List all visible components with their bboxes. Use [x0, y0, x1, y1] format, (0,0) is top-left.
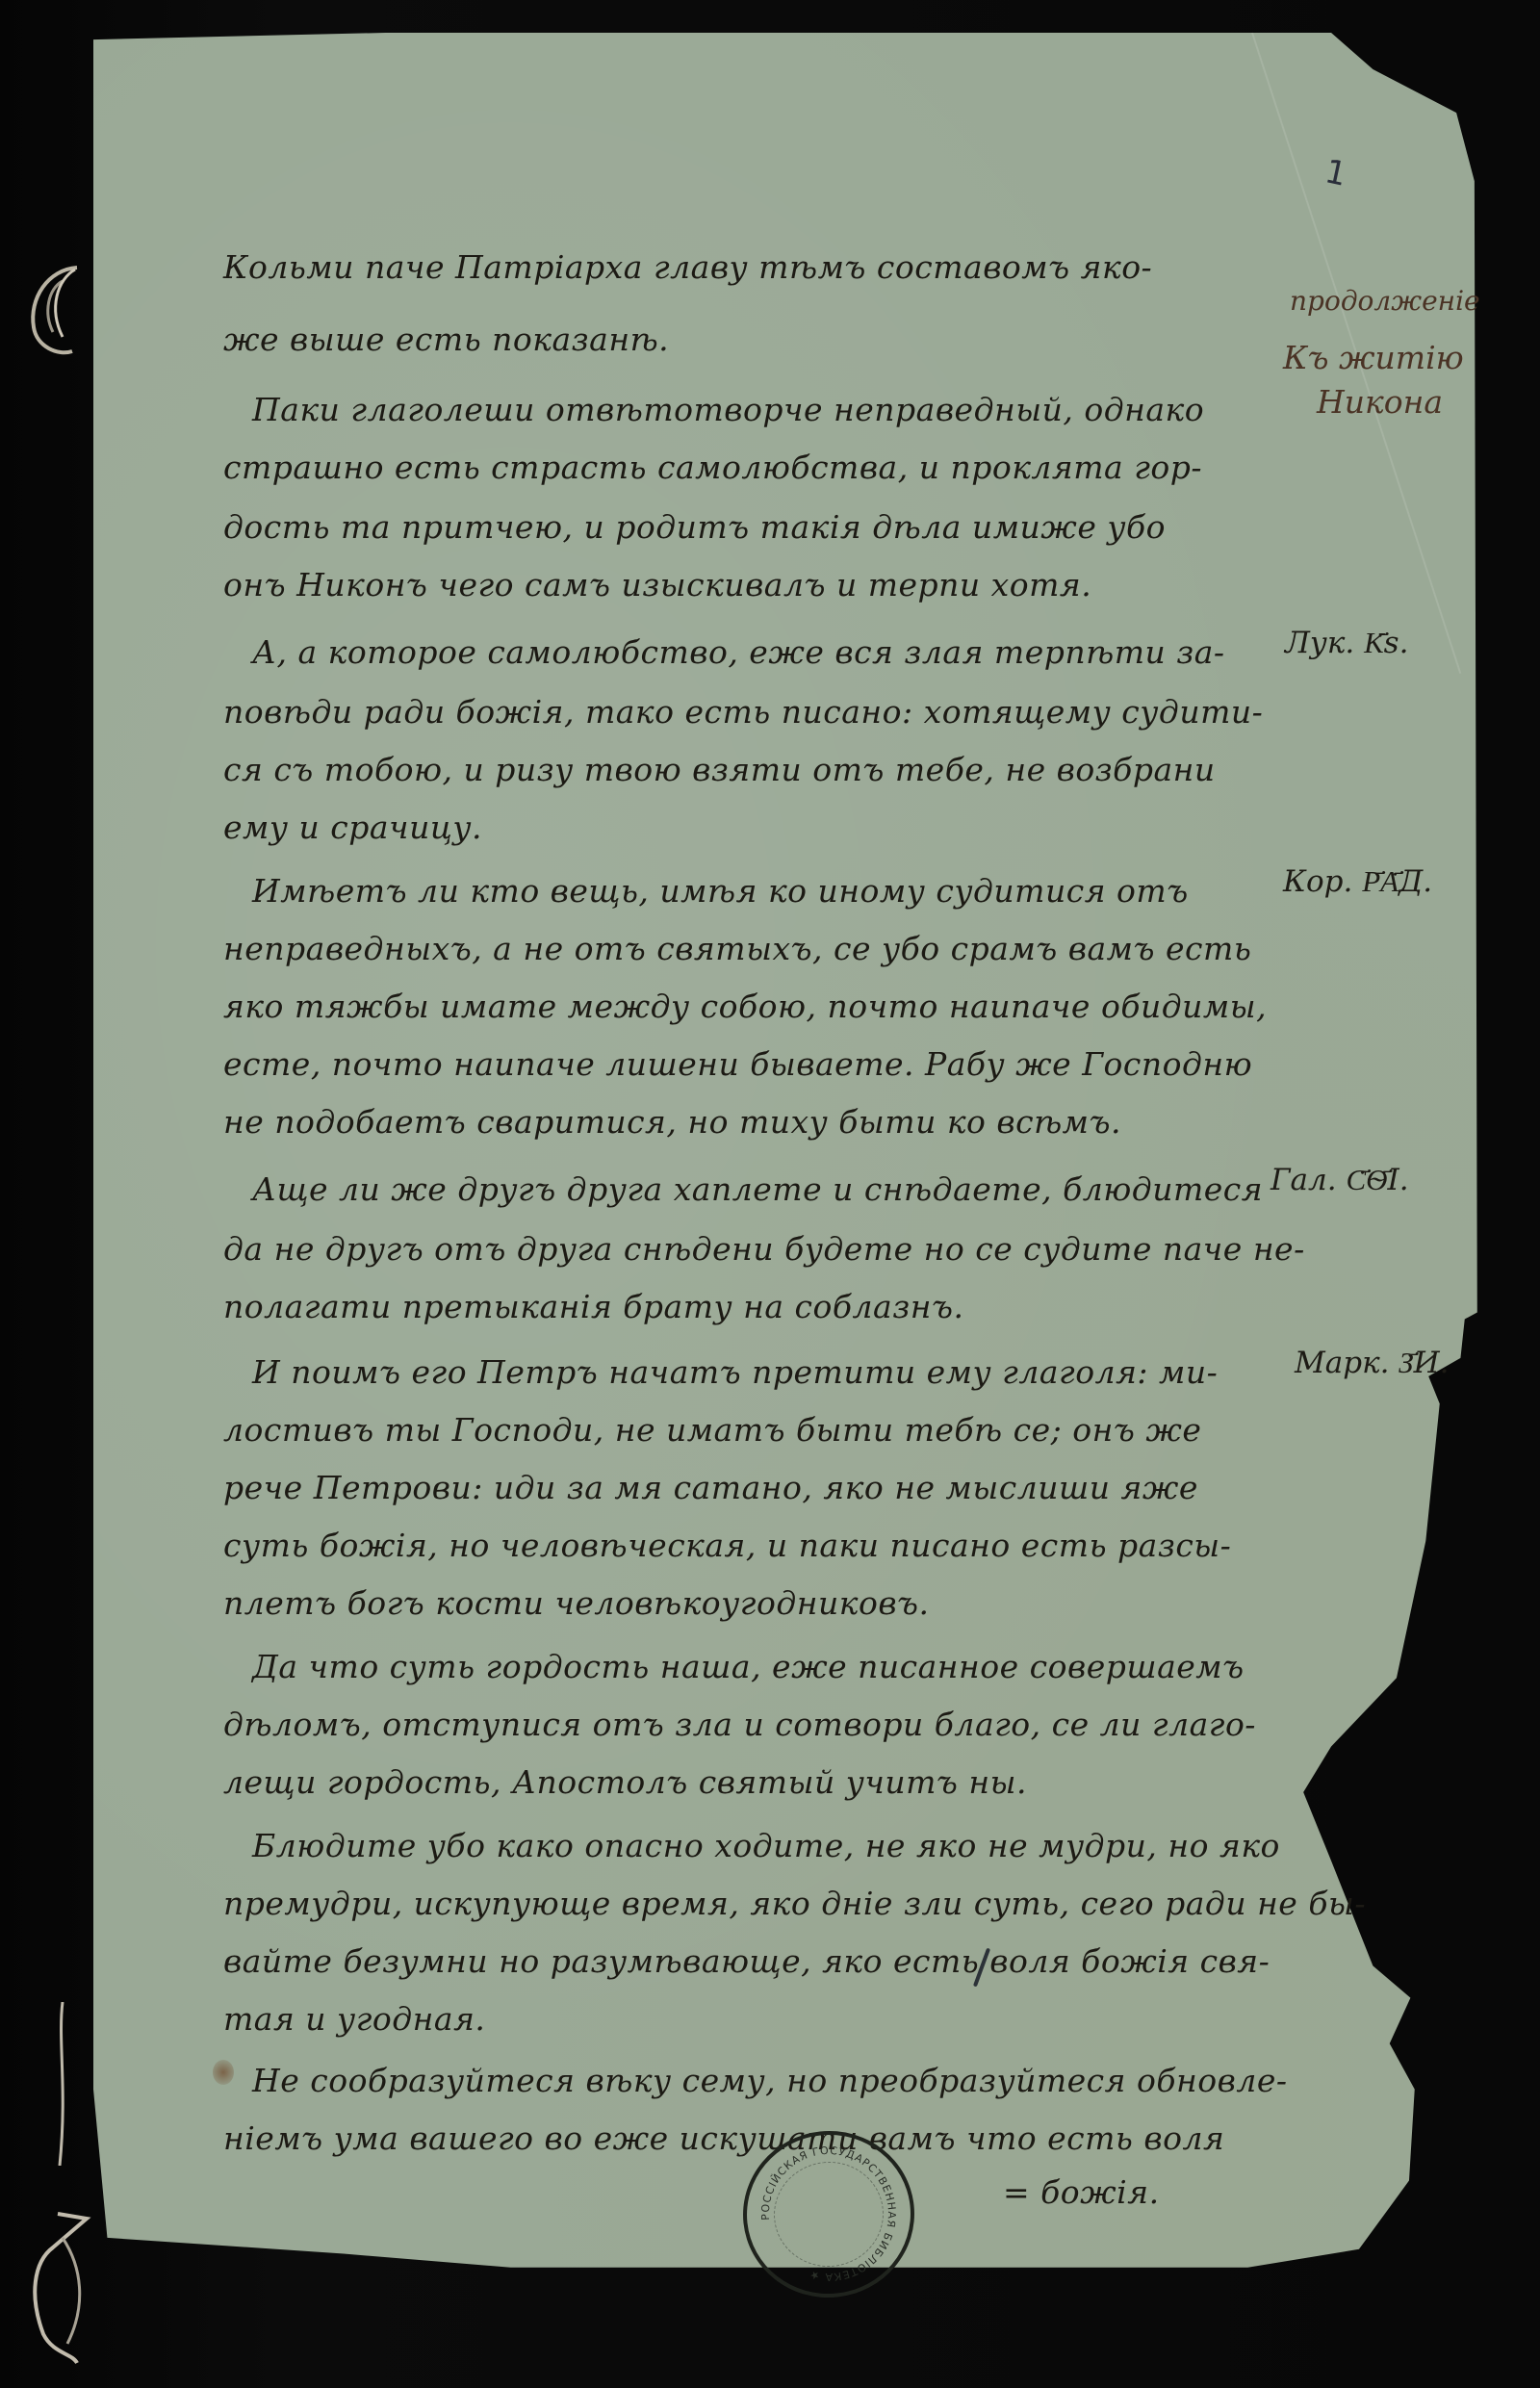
text-line: повѣди ради божія, тако есть писано: хот… — [223, 693, 1263, 731]
text-line: тая и угодная. — [223, 2000, 485, 2038]
text-line: полагати претыканія брату на соблазнъ. — [223, 1288, 963, 1325]
text-line: вайте безумни но разумѣвающе, яко есть в… — [223, 1942, 1270, 1980]
stamp-text-ring: РОССІЙСКАЯ ГОСУДАРСТВЕННАЯ БИБЛІОТЕКА ★ — [739, 2127, 918, 2302]
margin-reference-galatians: Гал. С҃Ѳ҃І. — [1270, 1163, 1409, 1197]
library-stamp: РОССІЙСКАЯ ГОСУДАРСТВЕННАЯ БИБЛІОТЕКА ★ — [734, 2122, 922, 2306]
text-line: И поимъ его Петръ начатъ претити ему гла… — [252, 1353, 1218, 1391]
binding-thread-middle — [48, 2002, 77, 2166]
text-line: яко тяжбы имате между собою, почто наипа… — [223, 988, 1267, 1025]
margin-reference-luke: Лук. К҃ѕ. — [1285, 626, 1408, 660]
svg-text:РОССІЙСКАЯ ГОСУДАРСТВЕННАЯ БИБ: РОССІЙСКАЯ ГОСУДАРСТВЕННАЯ БИБЛІОТЕКА ★ — [753, 2138, 905, 2291]
text-line: да не другъ отъ друга снѣдени будете но … — [223, 1230, 1305, 1268]
text-line: лостивъ ты Господи, не иматъ быти тебѣ с… — [223, 1411, 1201, 1449]
paper-stain — [213, 2060, 234, 2085]
text-line: Не сообразуйтеся вѣку сему, но преобразу… — [252, 2062, 1288, 2099]
text-line: Да что суть гордость наша, еже писанное … — [252, 1648, 1245, 1685]
margin-reference-mark: Марк. З҃И. — [1295, 1346, 1450, 1380]
text-line: есте, почто наипаче лишени бываете. Рабу… — [223, 1045, 1252, 1083]
text-line: Кольми паче Патріарха главу тѣмъ составо… — [223, 248, 1152, 286]
text-line: дость та притчею, и родитъ такія дѣла им… — [223, 508, 1166, 546]
margin-heading-line-1: продолженіе — [1290, 285, 1480, 317]
text-line: плетъ богъ кости человѣкоугодниковъ. — [223, 1584, 930, 1622]
text-line: = божія. — [1003, 2173, 1160, 2211]
text-line: не подобаетъ сваритися, но тиху быти ко … — [223, 1103, 1121, 1141]
text-line: дѣломъ, отступися отъ зла и сотвори благ… — [223, 1706, 1256, 1743]
text-line: ніемъ ума вашего во еже искушати вамъ чт… — [223, 2119, 1224, 2157]
text-line: Паки глаголеши отвѣтотворче неправедный,… — [252, 391, 1204, 428]
text-line: Аще ли же другъ друга хаплете и снѣдаете… — [252, 1170, 1263, 1208]
margin-heading-line-3: Никона — [1317, 383, 1443, 421]
text-line: онъ Никонъ чего самъ изыскивалъ и терпи … — [223, 566, 1091, 603]
text-line: Блюдите убо како опасно ходите, не яко н… — [252, 1827, 1280, 1864]
text-line: А, а которое самолюбство, еже вся злая т… — [252, 633, 1225, 671]
text-line: неправедныхъ, а не отъ святыхъ, се убо с… — [223, 930, 1251, 967]
binding-thread-bottom — [14, 2209, 101, 2373]
text-line: премудри, искупующе время, яко дніе зли … — [223, 1885, 1366, 1922]
text-line: суть божія, но человѣческая, и паки писа… — [223, 1527, 1231, 1564]
margin-reference-corinthians: Кор. Р҃А҃Д. — [1283, 864, 1432, 899]
text-line: страшно есть страсть самолюбства, и прок… — [223, 449, 1202, 486]
stamp-text: РОССІЙСКАЯ ГОСУДАРСТВЕННАЯ БИБЛІОТЕКА ★ — [753, 2138, 905, 2291]
text-line: же выше есть показанѣ. — [223, 321, 669, 358]
text-line: ся съ тобою, и ризу твою взяти отъ тебе,… — [223, 751, 1216, 788]
text-line: лещи гордость, Апостолъ святый учитъ ны. — [223, 1763, 1027, 1801]
text-line: Имѣетъ ли кто вещь, имѣя ко иному судити… — [252, 872, 1189, 910]
margin-heading-line-2: Къ житію — [1283, 339, 1464, 376]
text-line: рече Петрови: иди за мя сатано, яко не м… — [223, 1469, 1198, 1506]
text-line: ему и срачицу. — [223, 809, 482, 846]
binding-thread-top — [10, 260, 96, 366]
